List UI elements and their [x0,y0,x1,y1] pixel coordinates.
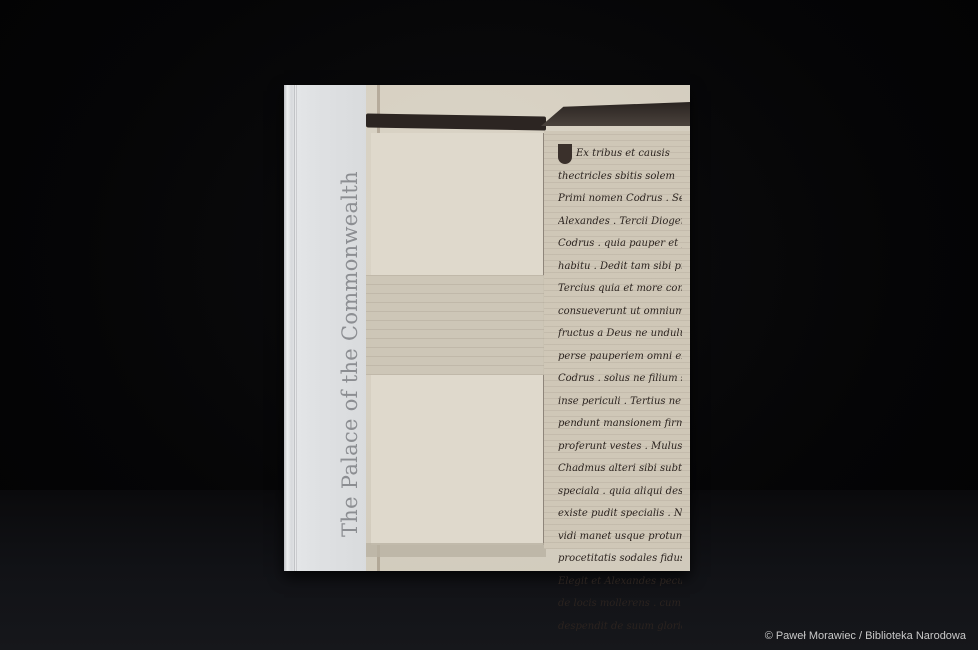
photo-credit: © Paweł Morawiec / Biblioteka Narodowa [765,630,966,642]
manuscript-line: existe pudit specialis . Nam [558,503,682,526]
manuscript-line-text: procetitatis sodales fidus [558,553,682,564]
manuscript-line: consueverunt ut omnium generare [558,301,682,324]
manuscript-line-text: perse pauperiem omni expensis [558,351,682,362]
manuscript-board-edge-right [541,102,690,126]
manuscript-line-text: inse periculi . Tertius ne assisteri [558,396,682,407]
manuscript-page: Ex tribus et causisthectricles sbitis so… [544,131,690,549]
manuscript-line: Primi nomen Codrus . Secundi [558,188,682,211]
manuscript-board-edge [366,113,546,130]
manuscript-line-text: de locis mollerens . cum fieri [558,598,682,609]
manuscript-line: Ex tribus et causis [558,143,682,166]
manuscript-line: Tercius quia et more consimile [558,278,682,301]
manuscript-line-text: pendunt mansionem firmeli [558,418,682,429]
manuscript-line: pendunt mansionem firmeli [558,413,682,436]
manuscript-line: Elegit et Alexandes pecus domu [558,571,682,594]
manuscript-line-text: vidi manet usque protum [558,531,682,542]
manuscript-line-text: Ex tribus et causis [576,148,670,159]
manuscript-line: proferunt vestes . Mulus eius [558,436,682,459]
manuscript-line: habitu . Dedit tam sibi promissis [558,256,682,279]
manuscript-line-text: speciala . quia aliqui dese . Ipsi [558,486,682,497]
manuscript-line-text: existe pudit specialis . Nam [558,508,682,519]
manuscript-line: inse periculi . Tertius ne assisteri [558,391,682,414]
manuscript-line-text: thectricles sbitis solem [558,171,675,182]
manuscript-line: Codrus . solus ne filium semper [558,368,682,391]
book-cover: Ex tribus et causisthectricles sbitis so… [366,85,690,571]
manuscript-line: de locis mollerens . cum fieri [558,593,682,616]
manuscript-line: procetitatis sodales fidus [558,548,682,571]
manuscript-line: thectricles sbitis solem [558,166,682,189]
manuscript-line: Codrus . quia pauper et pauperis [558,233,682,256]
book-spine: The Palace of the Commonwealth [284,85,366,571]
manuscript-line-text: fructus a Deus ne undulum [558,328,682,339]
spine-groove [294,85,297,571]
manuscript-line: despendit de suum gloriari [558,616,682,639]
illuminated-initial-icon [558,144,572,164]
manuscript-line-text: Tercius quia et more consimile [558,283,682,294]
manuscript-line: speciala . quia aliqui dese . Ipsi [558,481,682,504]
manuscript-line: Chadmus alteri sibi subtraheret [558,458,682,481]
manuscript-line-text: Chadmus alteri sibi subtraheret [558,463,682,474]
manuscript-line-text: Elegit et Alexandes pecus domu [558,576,682,587]
manuscript-line-text: habitu . Dedit tam sibi promissis [558,261,682,272]
manuscript-line-text: Alexandes . Tercii Diogenes [558,216,682,227]
manuscript-line-text: proferunt vestes . Mulus eius [558,441,682,452]
manuscript-line-text: consueverunt ut omnium generare [558,306,682,317]
manuscript-line-text: Primi nomen Codrus . Secundi [558,193,682,204]
manuscript-line: perse pauperiem omni expensis [558,346,682,369]
manuscript-line-text: Codrus . solus ne filium semper [558,373,682,384]
manuscript-line: vidi manet usque protum [558,526,682,549]
manuscript-line-text: Codrus . quia pauper et pauperis [558,238,682,249]
paper-strip [366,275,556,375]
bottom-paper-strip [366,543,546,557]
manuscript-line: fructus a Deus ne undulum [558,323,682,346]
manuscript-line-text: despendit de suum gloriari [558,621,682,632]
spine-title: The Palace of the Commonwealth [338,171,362,537]
book: The Palace of the Commonwealth Ex tribus… [284,85,690,571]
manuscript-line: Alexandes . Tercii Diogenes [558,211,682,234]
